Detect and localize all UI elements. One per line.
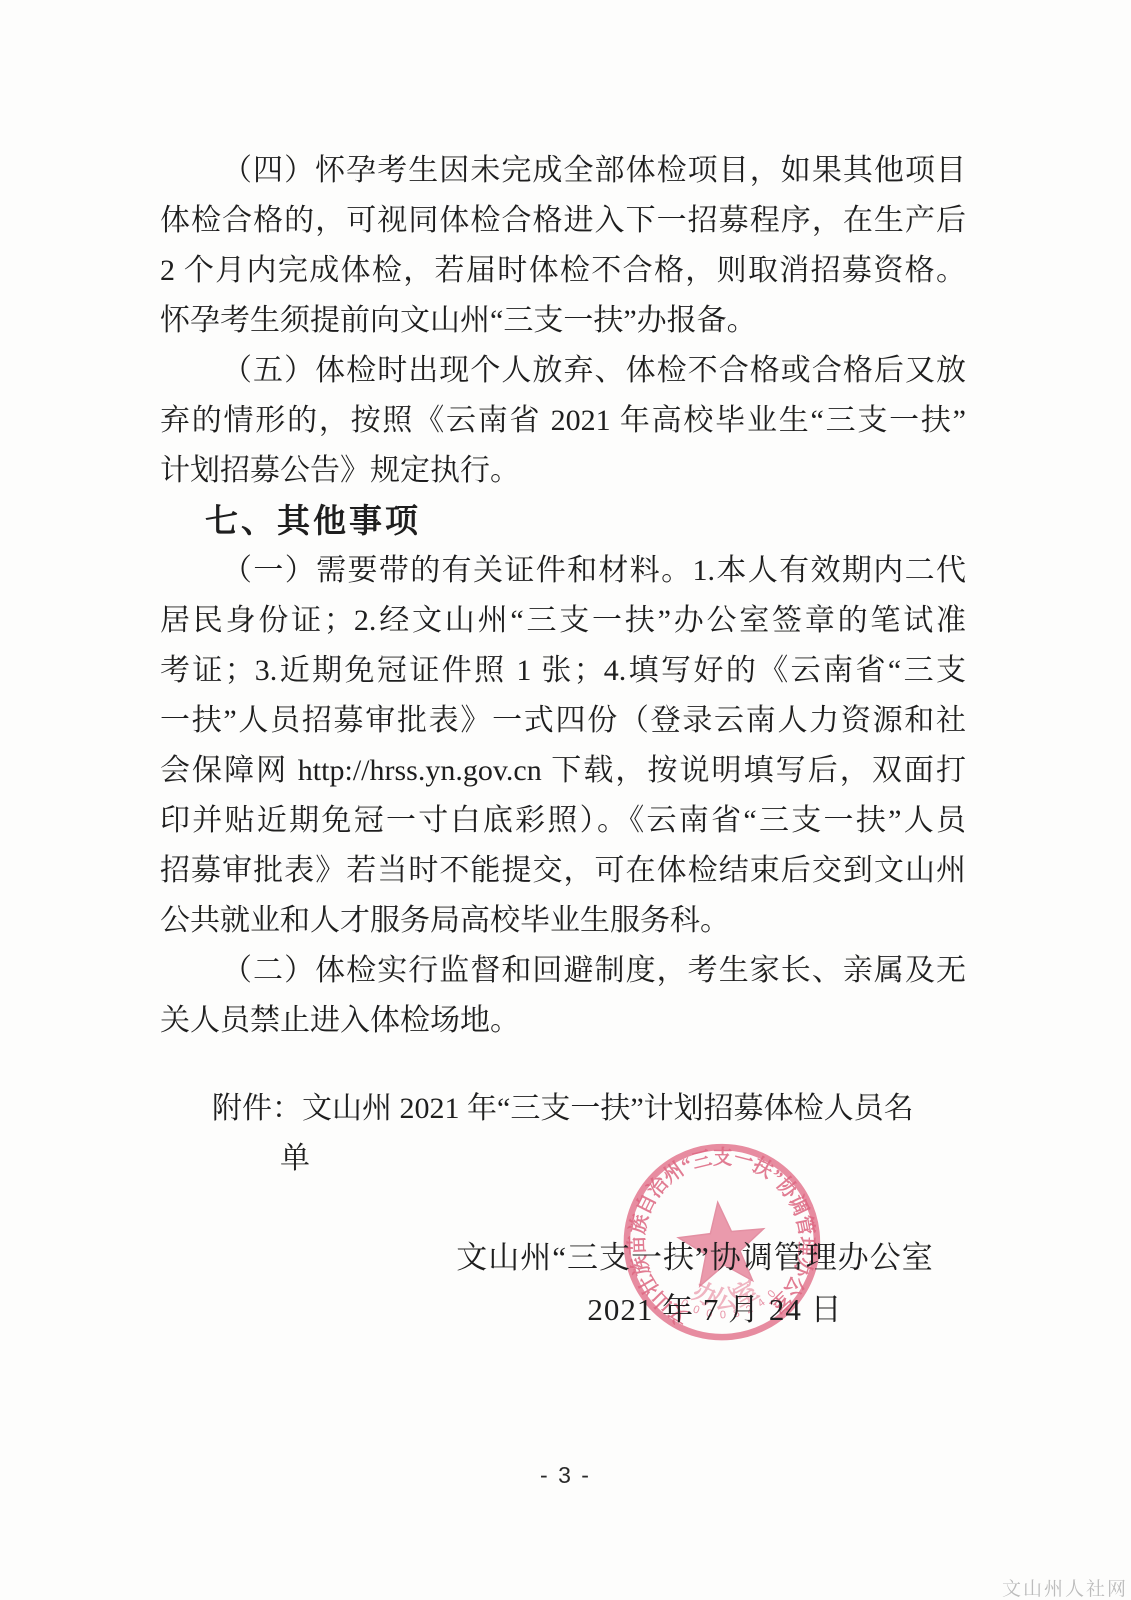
signing-office: 文山州“三支一扶”协调管理办公室	[455, 1232, 935, 1284]
document-page: （四）怀孕考生因未完成全部体检项目，如果其他项目 体检合格的，可视同体检合格进入…	[0, 0, 1131, 1600]
paragraph-line: 一扶”人员招募审批表》一式四份（登录云南人力资源和社	[160, 696, 966, 746]
paragraph-line: 居民身份证；2.经文山州“三支一扶”办公室签章的笔试准	[160, 596, 966, 646]
paragraph-line: 2 个月内完成体检，若届时体检不合格，则取消招募资格。	[160, 246, 966, 296]
paragraph-line: 考证；3.近期免冠证件照 1 张；4.填写好的《云南省“三支	[160, 646, 966, 696]
paragraph-line: （五）体检时出现个人放弃、体检不合格或合格后又放	[160, 346, 966, 396]
paragraph-line: （一）需要带的有关证件和材料。1.本人有效期内二代	[160, 546, 966, 596]
signature-block: 文山州“三支一扶”协调管理办公室 2021 年 7 月 24 日	[455, 1232, 935, 1336]
page-number: - 3 -	[0, 1462, 1131, 1489]
attachment-line: 附件：文山州 2021 年“三支一扶”计划招募体检人员名	[160, 1084, 970, 1134]
paragraph-line: （二）体检实行监督和回避制度，考生家长、亲属及无	[160, 946, 966, 996]
section-heading: 七、其他事项	[160, 496, 966, 546]
site-watermark: 文山州人社网	[1002, 1574, 1128, 1600]
paragraph-line: （四）怀孕考生因未完成全部体检项目，如果其他项目	[160, 146, 966, 196]
attachment-line: 单	[160, 1134, 970, 1184]
paragraph-line: 会保障网 http://hrss.yn.gov.cn 下载，按说明填写后，双面打	[160, 746, 966, 796]
paragraph-line: 怀孕考生须提前向文山州“三支一扶”办报备。	[160, 296, 966, 346]
paragraph-line: 印并贴近期免冠一寸白底彩照）。《云南省“三支一扶”人员	[160, 796, 966, 846]
paragraph-line: 计划招募公告》规定执行。	[160, 446, 966, 496]
attachment-note: 附件：文山州 2021 年“三支一扶”计划招募体检人员名 单	[160, 1084, 970, 1184]
paragraph-line: 弃的情形的，按照《云南省 2021 年高校毕业生“三支一扶”	[160, 396, 966, 446]
paragraph-line: 关人员禁止进入体检场地。	[160, 996, 966, 1046]
paragraph-line: 公共就业和人才服务局高校毕业生服务科。	[160, 896, 966, 946]
signing-date: 2021 年 7 月 24 日	[455, 1284, 935, 1336]
document-body: （四）怀孕考生因未完成全部体检项目，如果其他项目 体检合格的，可视同体检合格进入…	[160, 146, 966, 1046]
paragraph-line: 体检合格的，可视同体检合格进入下一招募程序，在生产后	[160, 196, 966, 246]
paragraph-line: 招募审批表》若当时不能提交，可在体检结束后交到文山州	[160, 846, 966, 896]
